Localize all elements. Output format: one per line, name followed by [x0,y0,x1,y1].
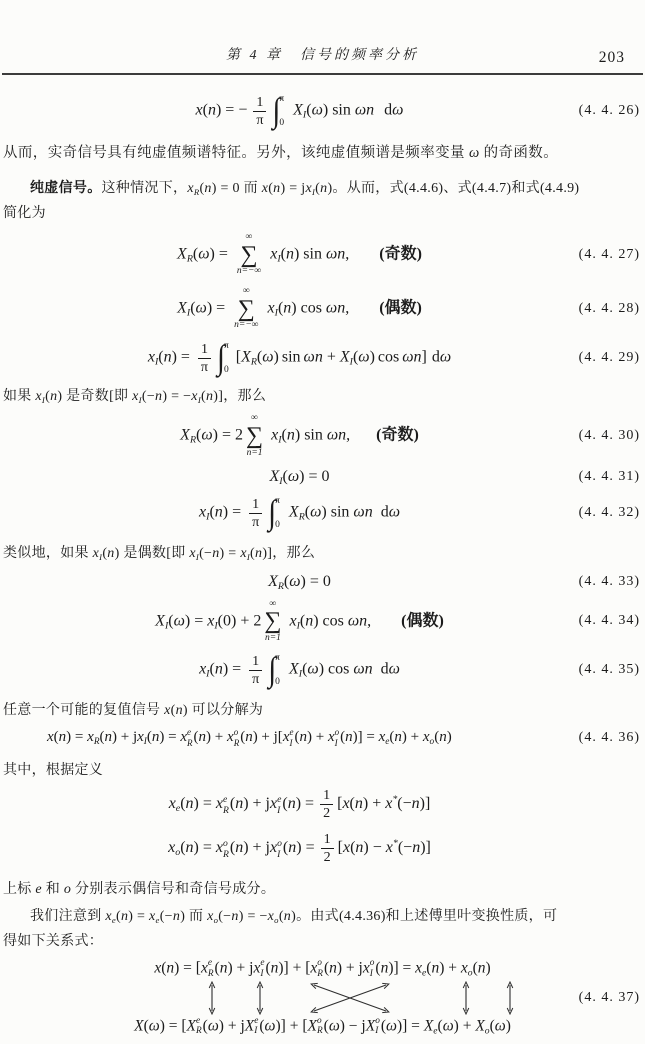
equation-body: XI(ω) = ∞∑n=−∞xI(n)cosωn,(偶数) [177,286,422,332]
equation-body: XR(ω) = ∞∑n=−∞xI(n)sinωn,(奇数) [177,232,422,278]
paragraph-pure-imaginary-line2: 简化为 [3,201,642,226]
paragraph-where-defined: 其中，根据定义 [3,758,642,783]
equation-number: (4. 4. 35) [579,662,640,678]
paragraph-pure-imaginary-line1: 纯虚信号。这种情况下，xR(n) = 0 而 x(n) = jxI(n)。从而，… [3,176,642,201]
equation-number: (4. 4. 37) [579,990,640,1006]
equation-body: x(n) = xR(n) + jxI(n) = xeR(n) + xoR(n) … [47,727,452,748]
equation-number: (4. 4. 27) [579,247,640,263]
equation-body: xI(n) = 1π∫π0[XR(ω)sinωn + XI(ω)cosωn]dω [148,338,451,378]
equation-odd-part-definition: xo(n) = xoR(n) + jxoI(n) = 12[x(n) − x*(… [3,831,642,867]
equation-body: xI(n) = 1π∫π0XR(ω)sinωndω [199,493,400,533]
equation-4-4-26: x(n) = −1π∫π0XI(ω)sinωndω (4. 4. 26) [3,89,642,133]
equation-body: xo(n) = xoR(n) + jxoI(n) = 12[x(n) − x*(… [168,831,431,866]
equation-number: (4. 4. 34) [579,613,640,629]
equation-4-4-35: xI(n) = 1π∫π0XI(ω)cosωndω (4. 4. 35) [3,648,642,692]
equation-4-4-37: x(n) = [xeR(n) + jxeI(n)] + [xoR(n) + jx… [3,958,642,1037]
equation-4-4-33: XR(ω) = 0 (4. 4. 33) [3,570,642,594]
paragraph-superscript-note: 上标 e 和 o 分别表示偶信号和奇信号成分。 [3,877,642,902]
equation-number: (4. 4. 30) [579,428,640,444]
equation-4-4-30: XR(ω) = 2∞∑n=1xI(n)sinωn,(奇数) (4. 4. 30) [3,411,642,461]
paragraph-symmetry-note-line2: 得如下关系式： [3,929,642,954]
equation-4-4-36: x(n) = xR(n) + jxI(n) = xeR(n) + xoR(n) … [3,726,642,750]
equation-number: (4. 4. 28) [579,301,640,317]
equation-even-part-definition: xe(n) = xeR(n) + jxeI(n) = 12[x(n) + x*(… [3,787,642,823]
equation-body: XR(ω) = 2∞∑n=1xI(n)sinωn,(奇数) [180,413,419,459]
paragraph-even-condition: 类似地，如果 xI(n) 是偶数[即 xI(−n) = xI(n)]，那么 [3,541,642,566]
equation-4-4-29: xI(n) = 1π∫π0[XR(ω)sinωn + XI(ω)cosωn]dω… [3,336,642,380]
equation-body: XR(ω) = 0 [268,573,331,592]
equation-number: (4. 4. 32) [579,505,640,521]
equation-body: XI(ω) = 0 [269,468,329,487]
page-header: 第 4 章 信号的频率分析 203 [2,0,643,75]
equation-4-4-32: xI(n) = 1π∫π0XR(ω)sinωndω (4. 4. 32) [3,491,642,535]
equation-number: (4. 4. 26) [579,103,640,119]
paragraph-odd-condition: 如果 xI(n) 是奇数[即 xI(−n) = −xI(n)]，那么 [3,384,642,409]
paragraph-intro: 从而，实奇信号具有纯虚值频谱特征。另外，该纯虚值频谱是频率变量 ω 的奇函数。 [3,141,642,166]
equation-frequency-domain-line: X(ω) = [XeR(ω) + jXeI(ω)] + [XoR(ω) − jX… [134,1016,511,1037]
page-number: 203 [599,49,625,67]
equation-number: (4. 4. 33) [579,574,640,590]
equation-body: x(n) = −1π∫π0XI(ω)sinωndω [196,91,404,131]
equation-body: xI(n) = 1π∫π0XI(ω)cosωndω [199,650,400,690]
equation-4-4-34: XI(ω) = xI(0) + 2∞∑n=1xI(n)cosωn,(偶数) (4… [3,596,642,646]
equation-body: XI(ω) = xI(0) + 2∞∑n=1xI(n)cosωn,(偶数) [155,599,444,645]
fourier-pair-arrows [108,981,538,1015]
equation-4-4-28: XI(ω) = ∞∑n=−∞xI(n)cosωn,(偶数) (4. 4. 28) [3,284,642,334]
equation-4-4-31: XI(ω) = 0 (4. 4. 31) [3,465,642,489]
equation-4-4-27: XR(ω) = ∞∑n=−∞xI(n)sinωn,(奇数) (4. 4. 27) [3,230,642,280]
paragraph-decomposition: 任意一个可能的复值信号 x(n) 可以分解为 [3,698,642,723]
chapter-title: 第 4 章 信号的频率分析 [2,44,643,64]
textbook-page: 第 4 章 信号的频率分析 203 x(n) = −1π∫π0XI(ω)sinω… [0,0,645,1044]
equation-body: xe(n) = xeR(n) + jxeI(n) = 12[x(n) + x*(… [169,787,431,822]
equation-number: (4. 4. 31) [579,469,640,485]
equation-number: (4. 4. 36) [579,730,640,746]
equation-time-domain-line: x(n) = [xeR(n) + jxeI(n)] + [xoR(n) + jx… [154,958,490,979]
equation-number: (4. 4. 29) [579,350,640,366]
paragraph-symmetry-note-line1: 我们注意到 xe(n) = xe(−n) 而 xo(−n) = −xo(n)。由… [3,904,642,929]
